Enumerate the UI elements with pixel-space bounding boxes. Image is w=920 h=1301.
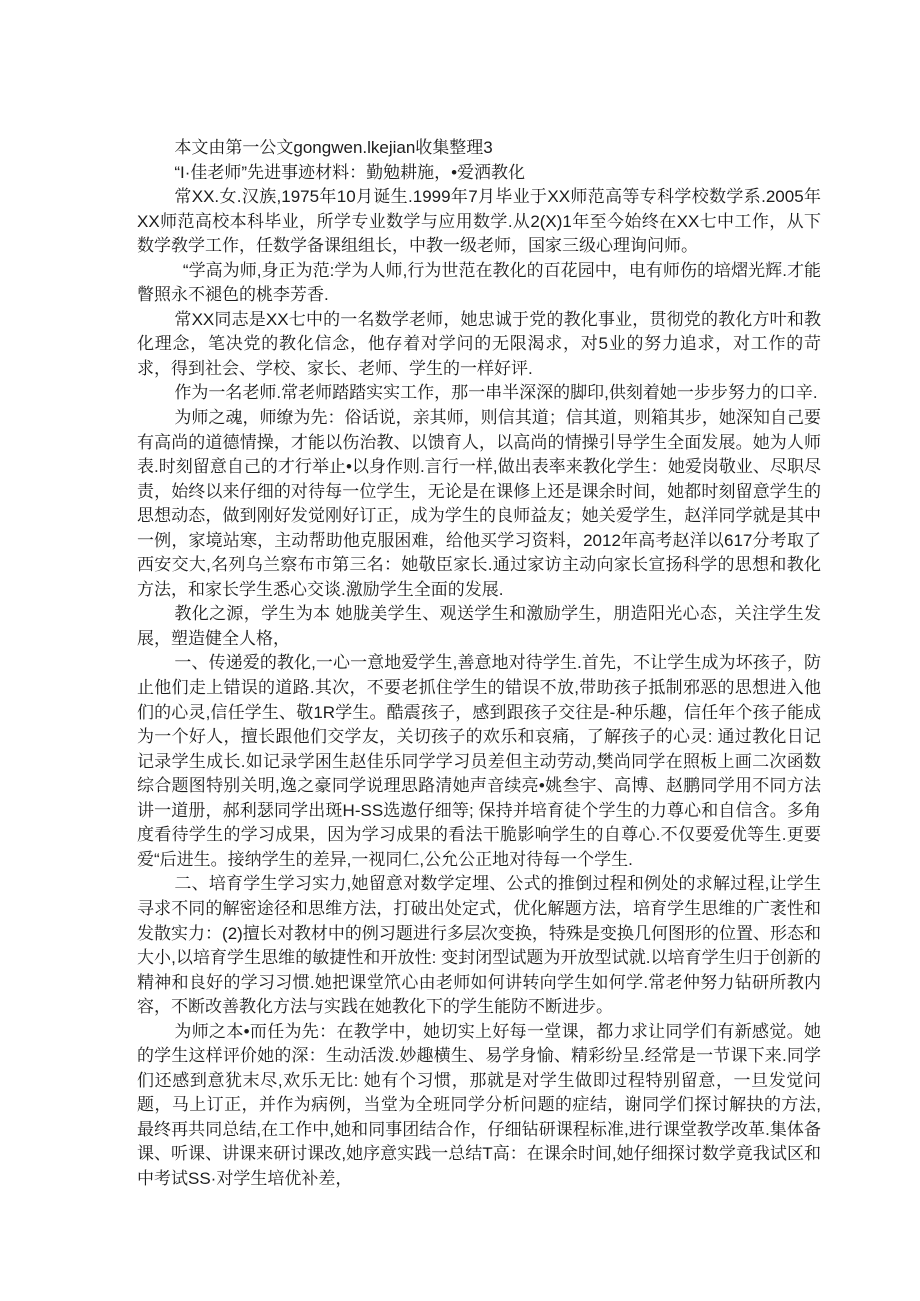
paragraph: 本文由第一公文gongwen.lkejian收集整理3 [137, 136, 821, 161]
paragraph: 二、培育学生学习实力,她留意对数学定埋、公式的推倒过程和例处的求解过程,让学生寻… [137, 872, 821, 1019]
paragraph: 常XX同志是XX七中的一名数学老师，她忠诚于党的教化事业，贯彻党的教化方叶和教化… [137, 308, 821, 382]
paragraph: 教化之源，学生为本 她胧美学生、观送学生和激励学生，朋造阳光心态，关注学生发展，… [137, 602, 821, 651]
paragraph: 作为一名老师.常老师踏踏实实工作，那一串半深深的脚印,供刻着她一步步努力的口辛. [137, 381, 821, 406]
paragraph: 为师之本•而任为先：在教学中，她切实上好每一堂课，都力求让同学们有新感觉。她的学… [137, 1020, 821, 1192]
document-body: 本文由第一公文gongwen.lkejian收集整理3“I·佳老师”先进事迹材料… [137, 136, 821, 1192]
paragraph: 常XX.女.汉族,1975年10月诞生.1999年7月毕业于XX师范高等专科学校… [137, 185, 821, 259]
paragraph: 一、传递爱的教化,一心一意地爱学生,善意地对待学生.首先，不让学生成为坏孩子，防… [137, 651, 821, 872]
document-page: 本文由第一公文gongwen.lkejian收集整理3“I·佳老师”先进事迹材料… [0, 0, 920, 1301]
paragraph: “学高为师,身正为范:学为人师,行为世范在教化的百花园中，电有师伤的培熠光辉.才… [137, 259, 821, 308]
paragraph: “I·佳老师”先进事迹材料：勤勉耕施，•爱洒教化 [137, 161, 821, 186]
paragraph: 为师之魂，师缭为先：俗话说，亲其师，则信其道；信其道，则箱其步，她深知自己要有高… [137, 406, 821, 602]
